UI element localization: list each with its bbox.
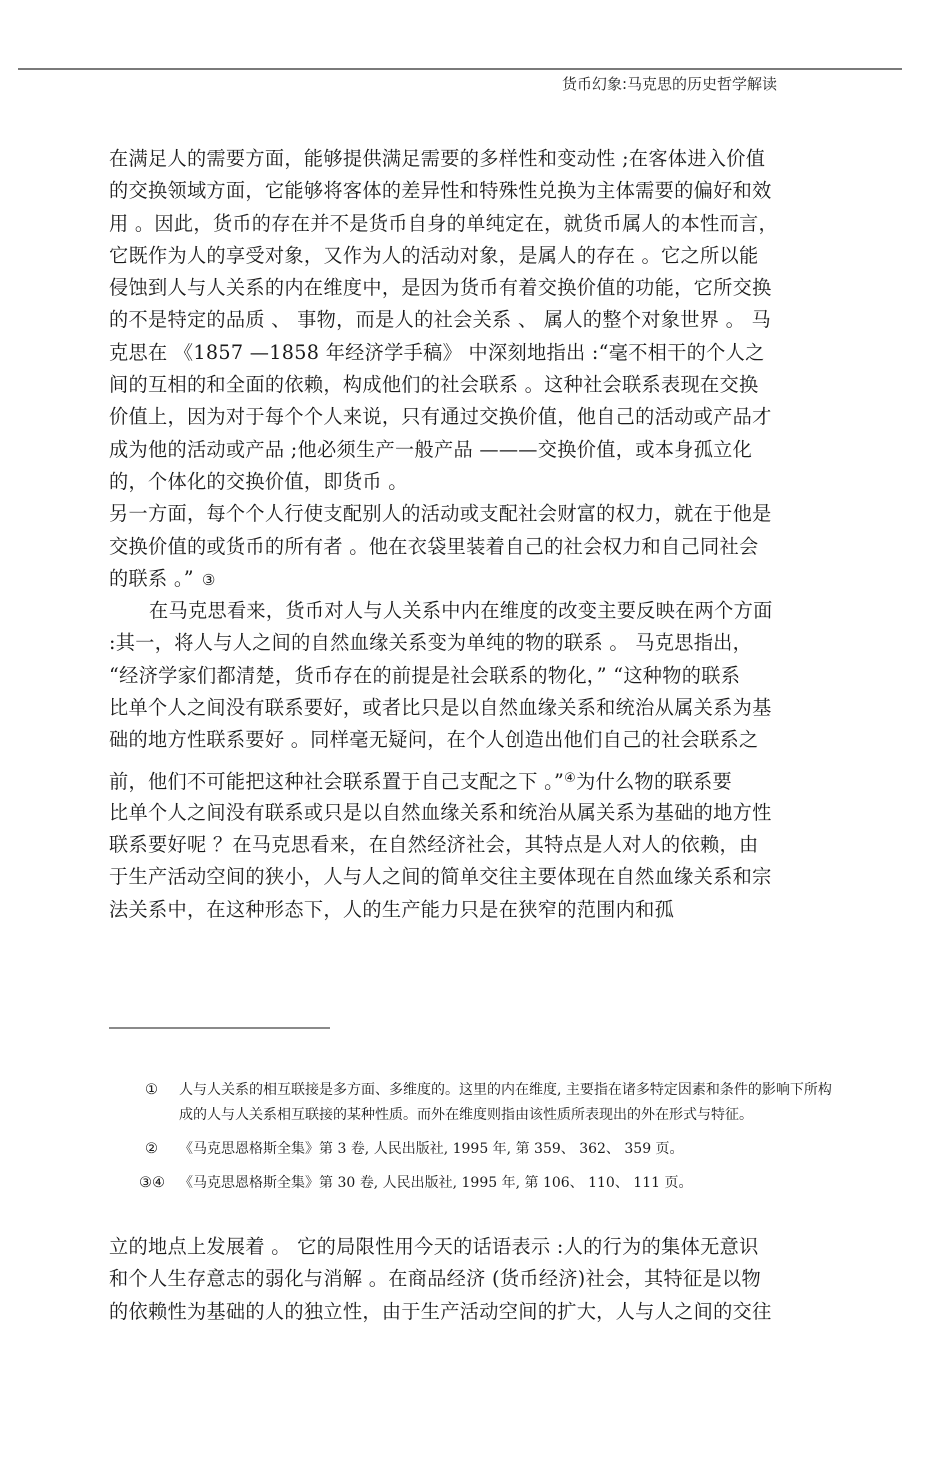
footnote-reference-4[interactable]: ④ [564, 771, 576, 786]
main-body-text: 在满足人的需要方面，能够提供满足需要的多样性和变动性 ;在客体进入价值 的交换领… [109, 143, 841, 926]
text-line: 的依赖性为基础的人的独立性，由于生产活动空间的扩大，人与人之间的交往 [109, 1295, 841, 1327]
footnotes: ① 人与人关系的相互联接是多方面、多维度的。这里的内在维度, 主要指在诸多特定因… [145, 1078, 845, 1196]
text-line: 交换价值的或货币的所有者 。他在衣袋里装着自己的社会权力和自己同社会 [109, 531, 841, 563]
text-line: 的交换领域方面，它能够将客体的差异性和特殊性兑换为主体需要的偏好和效 [109, 175, 841, 207]
text-line: 克思在 《1857 —1858 年经济学手稿》 中深刻地指出 :“毫不相干的个人… [109, 337, 841, 369]
footnote-2: ② 《马克思恩格斯全集》第 3 卷, 人民出版社, 1995 年, 第 359、… [145, 1137, 845, 1162]
text-line: :其一，将人与人之间的自然血缘关系变为单纯的物的联系 。 马克思指出， [109, 627, 841, 659]
footnote-mark: ③④ [139, 1171, 179, 1196]
footnote-reference-3[interactable]: ③ [202, 571, 216, 589]
text-line: 和个人生存意志的弱化与消解 。在商品经济 (货币经济)社会，其特征是以物 [109, 1262, 841, 1294]
footnote-mark: ② [145, 1137, 179, 1162]
header-rule [18, 68, 902, 70]
footnote-text: 《马克思恩格斯全集》第 30 卷, 人民出版社, 1995 年, 第 106、 … [179, 1171, 845, 1196]
continuation-text: 立的地点上发展着 。 它的局限性用今天的话语表示 :人的行为的集体无意识 和个人… [109, 1230, 841, 1327]
text-fragment: 为什么物的联系要 [576, 770, 732, 793]
footnote-3-4: ③④ 《马克思恩格斯全集》第 30 卷, 人民出版社, 1995 年, 第 10… [145, 1171, 845, 1196]
text-line: 用 。因此，货币的存在并不是货币自身的单纯定在，就货币属人的本性而言， [109, 208, 841, 240]
running-title: 货币幻象:马克思的历史哲学解读 [562, 73, 777, 94]
text-line: 比单个人之间没有联系要好，或者比只是以自然血缘关系和统治从属关系为基 [109, 692, 841, 724]
footnote-text: 人与人关系的相互联接是多方面、多维度的。这里的内在维度, 主要指在诸多特定因素和… [179, 1078, 845, 1128]
footnote-separator [109, 1027, 330, 1029]
text-line: 在满足人的需要方面，能够提供满足需要的多样性和变动性 ;在客体进入价值 [109, 143, 841, 175]
text-line: 的，个体化的交换价值，即货币 。 [109, 466, 841, 498]
text-line: 的不是特定的品质 、 事物，而是人的社会关系 、 属人的整个对象世界 。 马 [109, 304, 841, 336]
footnote-text: 《马克思恩格斯全集》第 3 卷, 人民出版社, 1995 年, 第 359、 3… [179, 1137, 845, 1162]
text-line: 价值上，因为对于每个个人来说，只有通过交换价值，他自己的活动或产品才 [109, 401, 841, 433]
text-line: 比单个人之间没有联系或只是以自然血缘关系和统治从属关系为基础的地方性 [109, 797, 841, 829]
text-line: 立的地点上发展着 。 它的局限性用今天的话语表示 :人的行为的集体无意识 [109, 1230, 841, 1262]
text-fragment: 前，他们不可能把这种社会联系置于自己支配之下 。” [109, 770, 564, 793]
text-line: 它既作为人的享受对象，又作为人的活动对象，是属人的存在 。它之所以能 [109, 240, 841, 272]
footnote-mark: ① [145, 1078, 179, 1128]
text-line: 另一方面，每个个人行使支配别人的活动或支配社会财富的权力，就在于他是 [109, 498, 841, 530]
text-line: 侵蚀到人与人关系的内在维度中，是因为货币有着交换价值的功能，它所交换 [109, 272, 841, 304]
text-line-with-ref: 的联系 。”③ [109, 563, 841, 595]
text-line: 联系要好呢 ？在马克思看来，在自然经济社会，其特点是人对人的依赖，由 [109, 829, 841, 861]
footnote-1: ① 人与人关系的相互联接是多方面、多维度的。这里的内在维度, 主要指在诸多特定因… [145, 1078, 845, 1128]
text-fragment: 的联系 。” [109, 567, 194, 590]
text-line: 成为他的活动或产品 ;他必须生产一般产品 ———交换价值，或本身孤立化 [109, 434, 841, 466]
text-line: 法关系中，在这种形态下，人的生产能力只是在狭窄的范围内和孤 [109, 894, 841, 926]
text-line: 于生产活动空间的狭小，人与人之间的简单交往主要体现在自然血缘关系和宗 [109, 861, 841, 893]
text-line: “经济学家们都清楚，货币存在的前提是社会联系的物化，” “这种物的联系 [109, 660, 841, 692]
paragraph-2-start: 在马克思看来，货币对人与人关系中内在维度的改变主要反映在两个方面 [109, 595, 841, 627]
text-line: 间的互相的和全面的依赖，构成他们的社会联系 。这种社会联系表现在交换 [109, 369, 841, 401]
text-line: 础的地方性联系要好 。同样毫无疑问，在个人创造出他们自己的社会联系之 [109, 724, 841, 756]
text-line-with-ref: 前，他们不可能把这种社会联系置于自己支配之下 。”④为什么物的联系要 [109, 757, 841, 797]
